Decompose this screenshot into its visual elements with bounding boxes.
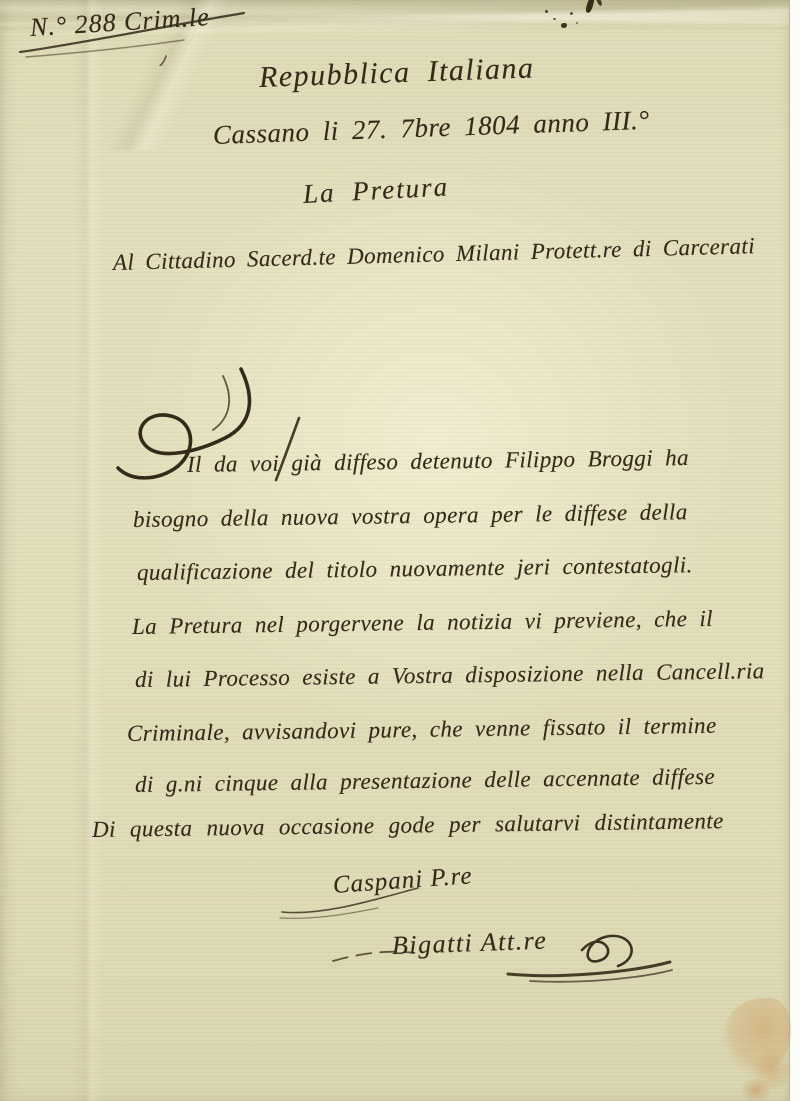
scanned-letter: N.° 288 Crim.le Repubblica Italiana Cass…	[0, 0, 800, 1101]
signature-attuario: Bigatti Att.re	[391, 926, 547, 961]
